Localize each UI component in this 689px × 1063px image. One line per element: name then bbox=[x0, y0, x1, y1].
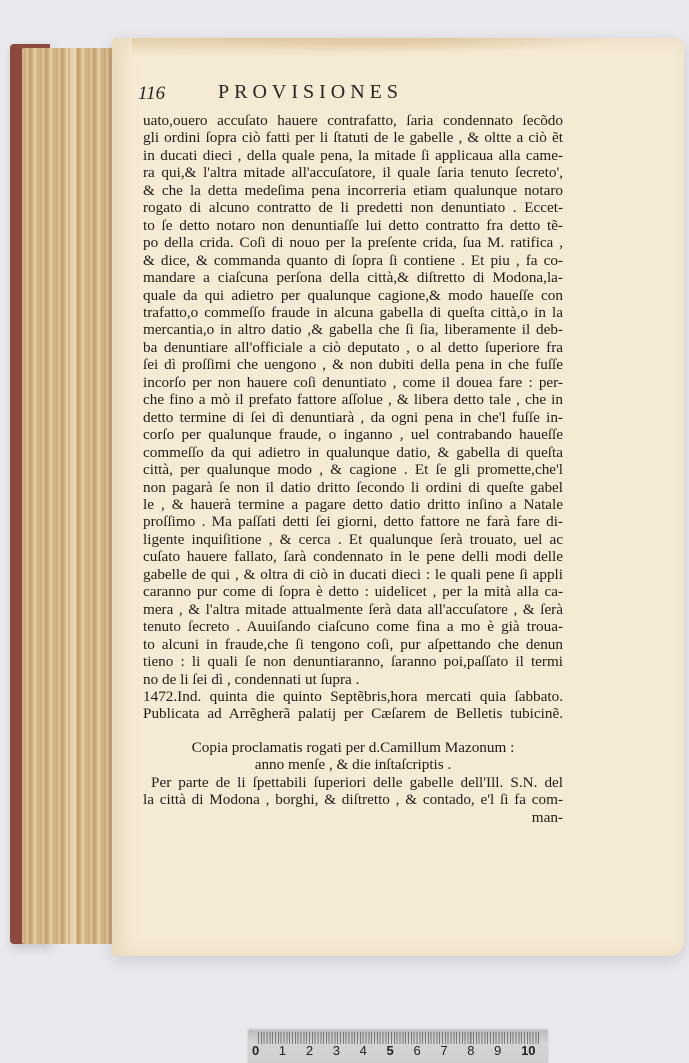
text-line: ſei dì proſſimi che uengono , & non dubi… bbox=[143, 356, 563, 373]
ruler-labels: 0 1 2 3 4 5 6 7 8 9 10 bbox=[252, 1043, 548, 1058]
ruler-label: 9 bbox=[494, 1043, 521, 1058]
ruler-label: 3 bbox=[333, 1043, 360, 1058]
text-line: città, per qualunque modo , & cagione . … bbox=[143, 461, 563, 478]
text-line: gli ordini ſopra ciò fatti per li ſtatut… bbox=[143, 129, 563, 146]
body-paragraph: uato,ouero accuſato hauere contrafatto, … bbox=[143, 112, 563, 688]
ruler-label: 4 bbox=[360, 1043, 387, 1058]
text-line: proſſimo . Ma paſſati detti ſei giorni, … bbox=[143, 513, 563, 530]
text-line: ba denuntiare all'officiale a ciò deputa… bbox=[143, 339, 563, 356]
running-title: PROVISIONES bbox=[218, 81, 403, 104]
next-section-paragraph: Per parte de li ſpettabili ſuperiori del… bbox=[143, 774, 563, 791]
text-line: ra qui,& l'altra mitade all'accuſatore, … bbox=[143, 164, 563, 181]
text-line: la città di Modona , borghi, & diſtretto… bbox=[143, 791, 563, 808]
ruler-label: 1 bbox=[279, 1043, 306, 1058]
ruler-label: 10 bbox=[521, 1043, 548, 1058]
colophon: 1472.Ind. quinta die quinto Septẽbris,ho… bbox=[143, 688, 563, 723]
text-line: ligente inquiſitione , & cerca . Et qual… bbox=[143, 531, 563, 548]
text-line: caranno pur come di ſopra è detto : uide… bbox=[143, 583, 563, 600]
text-line: to alcuni in fraude,che ſi tengono coſi,… bbox=[143, 636, 563, 653]
ruler-label: 5 bbox=[387, 1043, 414, 1058]
text-line: uato,ouero accuſato hauere contrafatto, … bbox=[143, 112, 563, 129]
text-line: tieno : li quali ſe non denuntiaranno, ſ… bbox=[143, 653, 563, 670]
folio-number: 116 bbox=[138, 83, 165, 105]
text-line: mera , & l'altra mitade attualmente ſerà… bbox=[143, 601, 563, 618]
page-header: 116 PROVISIONES bbox=[138, 83, 558, 111]
colophon-line: 1472.Ind. quinta die quinto Septẽbris,ho… bbox=[143, 688, 563, 705]
ruler-label: 6 bbox=[413, 1043, 440, 1058]
ruler-label: 8 bbox=[467, 1043, 494, 1058]
water-stain bbox=[132, 38, 644, 60]
text-line: rogato di alcuno contratto de li predett… bbox=[143, 199, 563, 216]
text-line: che fino a mò il prefato fattore aſſolue… bbox=[143, 391, 563, 408]
colophon-line: Publicata ad Arrẽgherã palatij per Cæſar… bbox=[143, 705, 563, 722]
photo-scene: 116 PROVISIONES uato,ouero accuſato haue… bbox=[0, 0, 689, 1063]
text-line: trafatto,o commeſſo fraude in alcuna gab… bbox=[143, 304, 563, 321]
text-line: no de li ſei dì , condennati ut ſupra . bbox=[143, 671, 563, 688]
text-line: detto termine di ſei dì denuntiarà , da … bbox=[143, 409, 563, 426]
ruler-label: 0 bbox=[252, 1043, 279, 1058]
text-line: & che la detta medeſima pena incorreria … bbox=[143, 182, 563, 199]
text-block: uato,ouero accuſato hauere contrafatto, … bbox=[143, 112, 563, 826]
text-line: & dice, & commanda quanto di ſopra ſi co… bbox=[143, 252, 563, 269]
text-line: Per parte de li ſpettabili ſuperiori del… bbox=[151, 774, 563, 791]
text-line: corſo per qualunque fraude, o inganno , … bbox=[143, 426, 563, 443]
section-heading: Copia proclamatis rogati per d.Camillum … bbox=[143, 739, 563, 774]
text-line: in ducati dieci , della quale pena, la m… bbox=[143, 147, 563, 164]
heading-line: Copia proclamatis rogati per d.Camillum … bbox=[143, 739, 563, 756]
scale-ruler: 0 1 2 3 4 5 6 7 8 9 10 bbox=[248, 1030, 548, 1063]
heading-line: anno menſe , & die inſtaſcriptis . bbox=[143, 756, 563, 773]
text-line: le , & hauerà termine a pagare detto dat… bbox=[143, 496, 563, 513]
text-line: mercantia,o in altro datio ,& gabella ch… bbox=[143, 321, 563, 338]
ruler-label: 7 bbox=[440, 1043, 467, 1058]
catchword: man- bbox=[143, 809, 563, 826]
text-line: mandare a ciaſcuna perſona della città,&… bbox=[143, 269, 563, 286]
text-line: gabelle de qui , & oltra di ciò in ducat… bbox=[143, 566, 563, 583]
text-line: tenuto ſecreto . Auuiſando ciaſcuno come… bbox=[143, 618, 563, 635]
text-line: non pagarà ſe non il datio dritto ſecond… bbox=[143, 479, 563, 496]
next-section-paragraph-cont: la città di Modona , borghi, & diſtretto… bbox=[143, 791, 563, 808]
text-line: incorſo per non hauere coſi denuntiato ,… bbox=[143, 374, 563, 391]
text-line: cuſato hauere fallato, ſarà condennato i… bbox=[143, 548, 563, 565]
catchword-text: man- bbox=[143, 809, 563, 826]
ruler-label: 2 bbox=[306, 1043, 333, 1058]
text-line: to ſe detto notaro non denuntiaſſe lui d… bbox=[143, 217, 563, 234]
text-line: quale da qui adietro per qualunque cagio… bbox=[143, 287, 563, 304]
page-edges bbox=[22, 48, 118, 944]
text-line: commeſſo da qui adietro in qualunque dat… bbox=[143, 444, 563, 461]
text-line: po della crida. Coſi di nouo per la preſ… bbox=[143, 234, 563, 251]
